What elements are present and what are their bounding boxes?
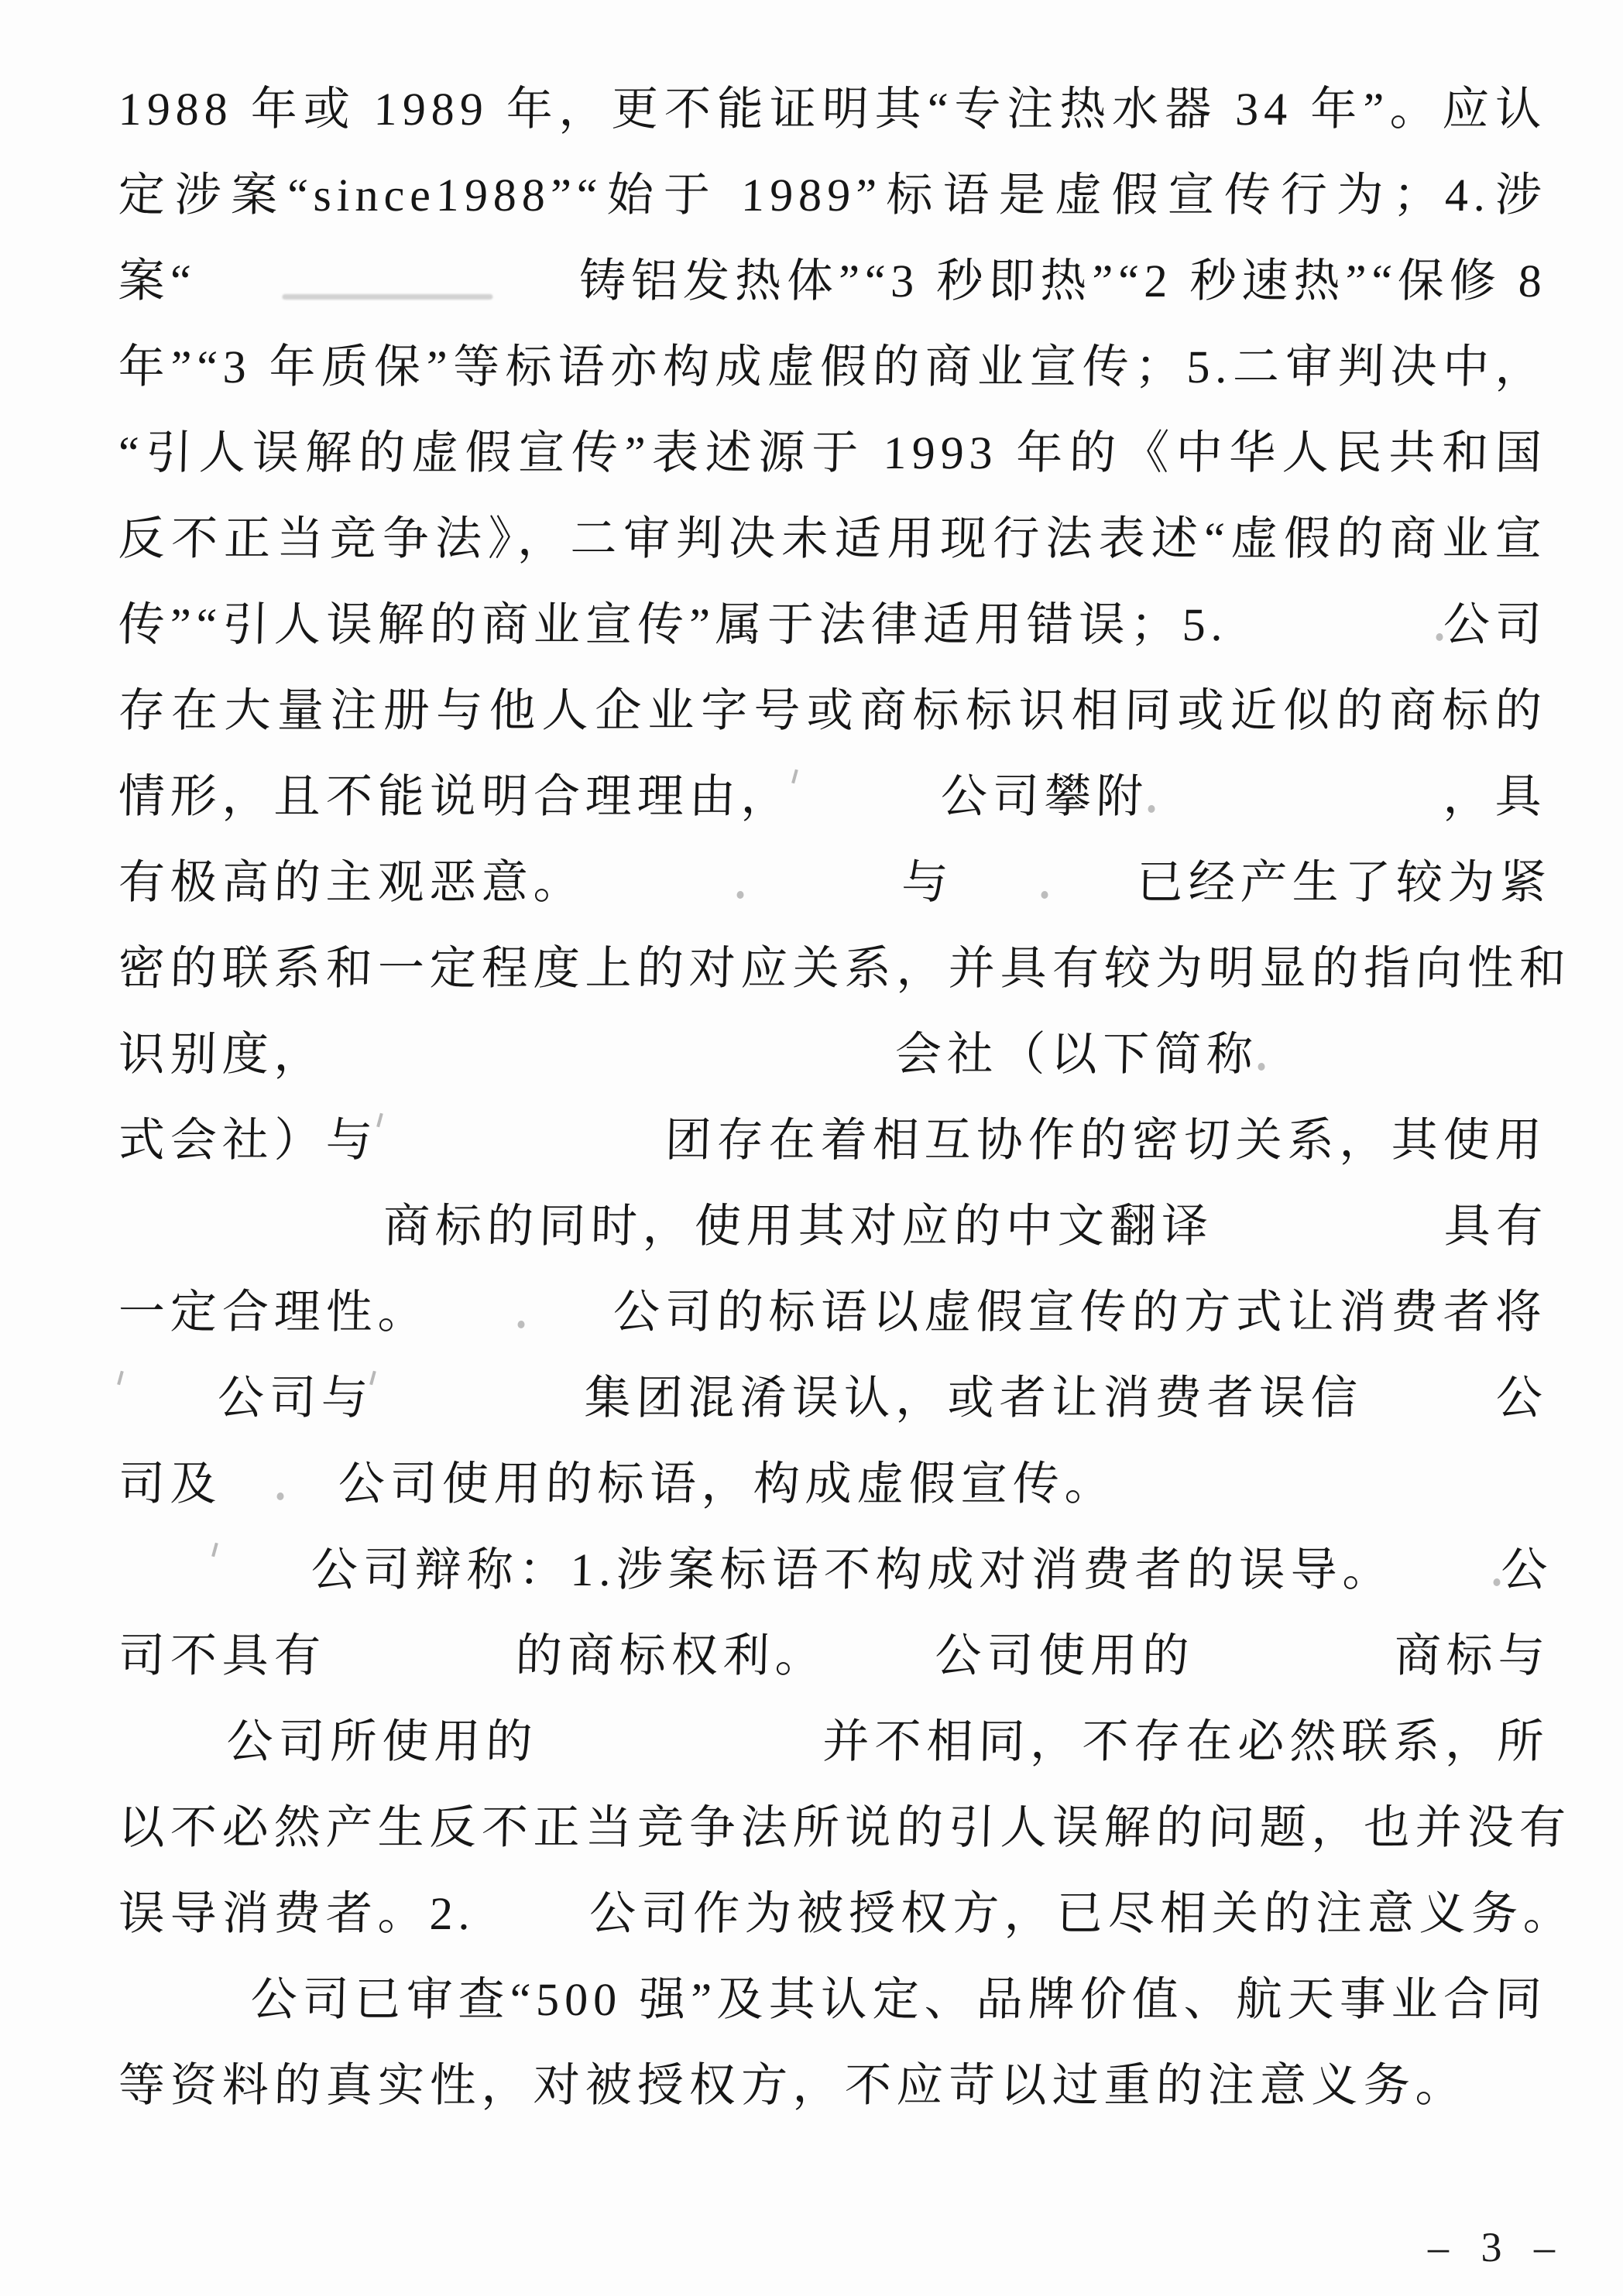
redaction-residue-mark [282, 294, 492, 300]
line-text: 公司的标语以虚假宣传的方式让消费者将 [612, 1275, 1548, 1342]
document-text-block: 1988 年或 1989 年，更不能证明其“专注热水器 34 年”。应认定涉案“… [118, 62, 1547, 2124]
line-text: 公司辩称：1.涉案标语不构成对消费者的误导。 [311, 1533, 1275, 1599]
line-text: 公司已审查“500 强”及其认定、品牌价值、航天事业合同 [250, 1962, 1548, 2029]
line-text: 1988 年或 1989 年，更不能证明其“专注热水器 34 年”。应认 [118, 72, 1548, 139]
redaction-gap [377, 1113, 665, 1160]
redaction-gap [1258, 1030, 1305, 1071]
line-text: 的商标权利。 [515, 1619, 822, 1685]
redaction-gap [1148, 773, 1443, 813]
text-line: 公司辩称：1.涉案标语不构成对消费者的误导。公 [118, 1523, 1549, 1609]
text-line: “引人误解的虚假宣传”表述源于 1993 年的《中华人民共和国 [118, 406, 1549, 492]
line-text: 铸铝发热体”“3 秒即热”“2 秒速热”“保修 8 [578, 244, 1548, 310]
text-line: 存在大量注册与他人企业字号或商标标识相同或近似的商标的 [118, 663, 1549, 749]
text-line: 年”“3 年质保”等标语亦构成虚假的商业宣传；5.二审判决中， [118, 320, 1549, 406]
line-text: 公司 [1443, 588, 1548, 654]
text-line: 反不正当竞争法》，二审判决未适用现行法表述“虚假的商业宣 [118, 492, 1549, 577]
text-line: 误导消费者。2.公司作为被授权方，已尽相关的注意义务。 [118, 1866, 1549, 1952]
line-text: 公司使用的 [934, 1619, 1190, 1685]
redaction-gap [118, 1371, 218, 1417]
line-text: 密的联系和一定程度上的对应关系，并具有较为明显的指向性和 [118, 931, 1548, 998]
redaction-residue-mark [1436, 633, 1443, 641]
redaction-residue-mark [517, 1321, 524, 1328]
line-text: “引人误解的虚假宣传”表述源于 1993 年的《中华人民共和国 [118, 416, 1548, 482]
text-line: 司及公司使用的标语，构成虚假宣传。 [118, 1437, 1549, 1523]
text-line: 定涉案“since1988”“始于 1989”标语是虚假宣传行为；4.涉 [118, 148, 1549, 234]
redaction-residue-mark [276, 1492, 283, 1500]
text-line: 商标的同时，使用其对应的中文翻译具有 [118, 1179, 1549, 1265]
line-text: 并不相同，不存在必然联系，所 [822, 1705, 1548, 1771]
redaction-gap [580, 858, 902, 899]
redaction-gap [1274, 1546, 1501, 1586]
line-text: 公 [1495, 1361, 1548, 1427]
text-line: 司不具有的商标权利。公司使用的商标与 [118, 1609, 1549, 1695]
line-text: 反不正当竞争法》，二审判决未适用现行法表述“虚假的商业宣 [118, 502, 1548, 568]
redaction-gap [370, 1371, 585, 1417]
line-text: 等资料的真实性，对被授权方，不应苛以过重的注意义务。 [118, 2048, 1468, 2115]
text-line: 式会社）与团存在着相互协作的密切关系，其使用 [118, 1093, 1549, 1179]
text-line: 情形，且不能说明合理理由，公司攀附，具 [118, 749, 1549, 835]
redaction-residue-mark [212, 1542, 219, 1556]
redaction-residue-mark [1148, 805, 1155, 813]
text-line: 识别度，会社（以下简称 [118, 1007, 1549, 1093]
line-text: 司及 [118, 1447, 223, 1513]
line-text: 司不具有 [118, 1619, 323, 1685]
text-line: 等资料的真实性，对被授权方，不应苛以过重的注意义务。 [118, 2038, 1549, 2124]
line-text: 识别度， [118, 1017, 327, 1084]
redaction-gap [429, 1288, 613, 1328]
line-text: 传”“引人误解的商业宣传”属于法律适用错误；5. [118, 588, 1229, 654]
line-text: 已经产生了较为紧 [1136, 845, 1548, 912]
redaction-residue-mark [737, 891, 744, 899]
text-line: 公司所使用的并不相同，不存在必然联系，所 [118, 1695, 1549, 1780]
line-text: 公司攀附 [940, 759, 1149, 826]
text-line: 公司与集团混淆误认，或者让消费者误信公 [118, 1351, 1549, 1437]
text-line: 1988 年或 1989 年，更不能证明其“专注热水器 34 年”。应认 [118, 62, 1549, 148]
line-text: 定涉案“since1988”“始于 1989”标语是虚假宣传行为；4.涉 [118, 158, 1548, 224]
redaction-residue-mark [1494, 1578, 1501, 1586]
line-text: 与 [901, 845, 954, 912]
text-line: 案“铸铝发热体”“3 秒即热”“2 秒速热”“保修 8 [118, 234, 1549, 320]
text-line: 公司已审查“500 强”及其认定、品牌价值、航天事业合同 [118, 1952, 1549, 2038]
line-text: 误导消费者。2. [118, 1876, 466, 1943]
line-text: 公 [1500, 1533, 1547, 1599]
line-text: 集团混淆误认，或者让消费者误信 [584, 1361, 1352, 1427]
line-text: 公司作为被授权方，已尽相关的注意义务。 [588, 1876, 1548, 1943]
line-text: 一定合理性。 [118, 1275, 431, 1342]
line-text: 案“ [118, 244, 197, 310]
line-text: 公司所使用的 [226, 1705, 538, 1771]
line-text: 团存在着相互协作的密切关系，其使用 [664, 1103, 1548, 1170]
text-line: 一定合理性。公司的标语以虚假宣传的方式让消费者将 [118, 1265, 1549, 1351]
text-line: 密的联系和一定程度上的对应关系，并具有较为明显的指向性和 [118, 921, 1549, 1007]
page-number: – 3 – [1400, 2223, 1594, 2271]
redaction-gap [1227, 601, 1443, 641]
line-text: 公司与 [217, 1361, 372, 1427]
text-line: 传”“引人误解的商业宣传”属于法律适用错误；5.公司 [118, 577, 1549, 663]
line-text: ，具 [1443, 759, 1548, 826]
redaction-gap [221, 1460, 338, 1500]
redaction-gap [196, 254, 580, 300]
redaction-residue-mark [1041, 891, 1048, 899]
redaction-gap [118, 1543, 311, 1589]
line-text: 会社（以下简称 [894, 1017, 1259, 1084]
redaction-gap [792, 769, 941, 816]
line-text: 情形，且不能说明合理理由， [118, 759, 794, 826]
line-text: 商标的同时，使用其对应的中文翻译 [383, 1189, 1207, 1256]
line-text: 有极高的主观恶意。 [118, 845, 581, 912]
line-text: 式会社）与 [118, 1103, 379, 1170]
redaction-residue-mark [117, 1370, 124, 1384]
redaction-gap [952, 858, 1137, 899]
line-text: 年”“3 年质保”等标语亦构成虚假的商业宣传；5.二审判决中， [118, 330, 1548, 396]
text-line: 有极高的主观恶意。与已经产生了较为紧 [118, 835, 1549, 921]
line-text: 商标与 [1394, 1619, 1548, 1685]
scanned-document-page: 1988 年或 1989 年，更不能证明其“专注热水器 34 年”。应认定涉案“… [0, 0, 1623, 2296]
line-text: 存在大量注册与他人企业字号或商标标识相同或近似的商标的 [118, 673, 1548, 740]
line-text: 具有 [1443, 1189, 1548, 1256]
line-text: 以不必然产生反不正当竞争法所说的引人误解的问题，也并没有 [118, 1791, 1548, 1857]
redaction-residue-mark [1258, 1063, 1264, 1071]
line-text: 公司使用的标语，构成虚假宣传。 [338, 1447, 1117, 1513]
text-line: 以不必然产生反不正当竞争法所说的引人误解的问题，也并没有 [118, 1780, 1549, 1866]
